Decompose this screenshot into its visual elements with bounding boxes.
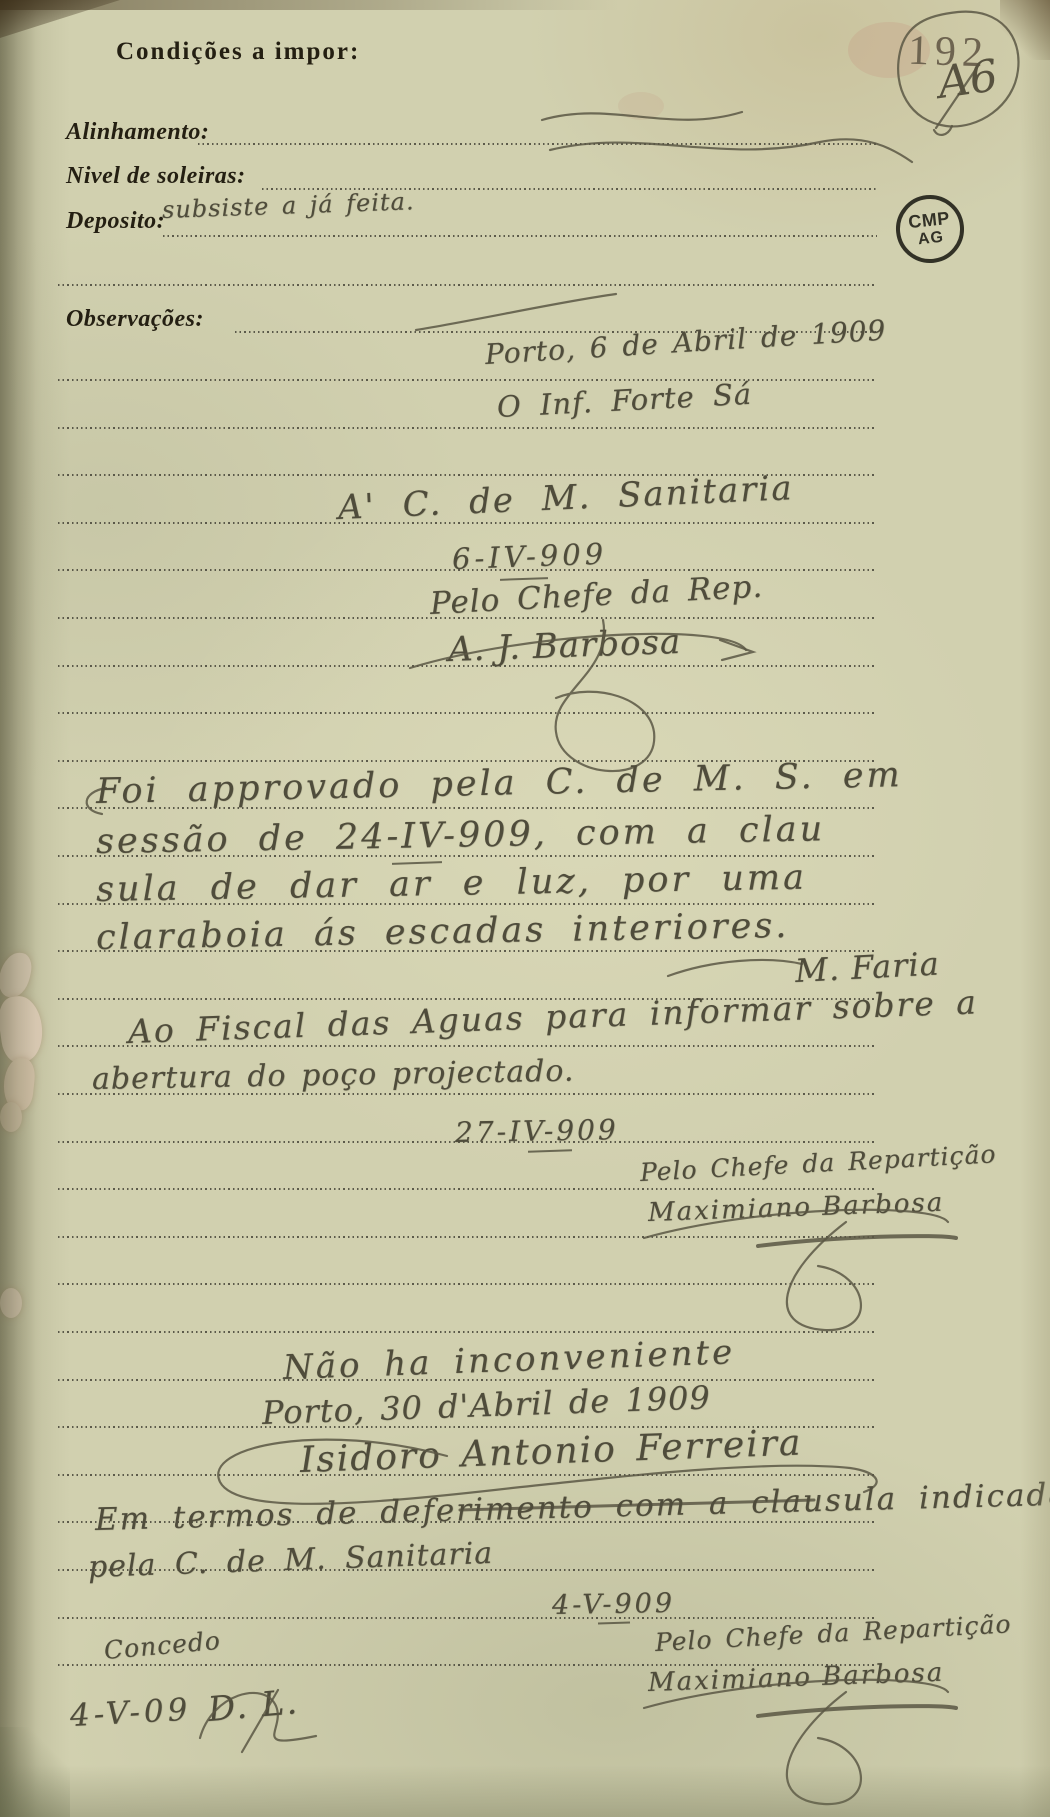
page-corner-shading: [0, 1727, 70, 1817]
paper-damage-spot: [0, 949, 34, 1000]
handwriting-deferral-line1: Em termos de deferimento com a clausula …: [95, 1477, 1050, 1538]
binding-edge-shading: [0, 0, 54, 1817]
dotted-rule: [58, 1617, 877, 1619]
dotted-rule: [58, 427, 877, 429]
stamp-cmp-ag: CMP AG: [893, 192, 968, 267]
scanned-document-page: Condições a impor: Alinhamento: Nivel de…: [0, 0, 1050, 1817]
handwriting-deferral-line2: pela C. de M. Sanitaria: [87, 1536, 493, 1585]
roman-numeral-underline: [598, 1621, 630, 1624]
dotted-rule: [58, 1188, 877, 1190]
handwriting-date-1: 6-IV-909: [451, 537, 607, 576]
stamp-line1: CMP: [907, 209, 950, 231]
signature-faria: M. Faria: [794, 944, 941, 990]
stamp-line2: AG: [917, 230, 945, 249]
paper-damage-spot: [1, 1057, 36, 1112]
pen-dash-icon: [408, 288, 623, 336]
page-edge-shading: [1020, 0, 1050, 1817]
form-title: Condições a impor:: [116, 38, 360, 66]
handwriting-deposito-value: subsiste a já feita.: [162, 187, 415, 224]
field-label-deposito: Deposito:: [66, 208, 165, 235]
pen-lead-stroke-icon: [662, 950, 807, 982]
handwriting-place-date-1: Porto, 6 de Abril de 1909: [484, 313, 887, 370]
handwriting-approval-line1: Foi approvado pela C. de M. S. em: [96, 755, 903, 812]
roman-numeral-underline: [528, 1149, 572, 1153]
dotted-rule: [58, 712, 877, 714]
handwriting-fiscal-line1: Ao Fiscal das Aguas para informar sobre …: [127, 982, 978, 1051]
dotted-rule: [58, 379, 877, 381]
field-label-nivel-de-soleiras: Nivel de soleiras:: [66, 163, 246, 190]
handwriting-official-1: O Inf. Forte Sá: [496, 377, 753, 424]
dotted-rule: [58, 1331, 877, 1333]
paper-damage-spot: [0, 1288, 22, 1318]
signature-rubric-grant: D. L.: [206, 1682, 300, 1730]
field-label-observacoes: Observações:: [66, 306, 204, 333]
signature-1: A. J. Barbosa: [447, 622, 682, 670]
page-edge-shading: [0, 0, 620, 10]
handwriting-date-2: 27-IV-909: [455, 1113, 619, 1149]
handwriting-fiscal-line2: abertura do poço projectado.: [92, 1054, 575, 1097]
handwriting-addressee: A' C. de M. Sanitaria: [337, 468, 794, 528]
folio-rubric-signature: A6: [935, 50, 1001, 109]
dotted-rule: [163, 235, 877, 237]
handwriting-date-4: 4-V-09: [69, 1692, 192, 1734]
page-edge-shading: [0, 1765, 1050, 1817]
dotted-rule: [58, 284, 877, 286]
paper-stain: [618, 92, 664, 120]
paper-damage-spot: [0, 1102, 22, 1132]
paper-damage-spot: [0, 993, 46, 1064]
handwriting-date-3: 4-V-909: [552, 1588, 676, 1621]
dotted-rule: [58, 1236, 877, 1238]
dotted-rule: [198, 143, 877, 145]
signature-maximiano-1: Maximiano Barbosa: [647, 1188, 944, 1228]
field-label-alinhamento: Alinhamento:: [66, 119, 209, 146]
handwriting-concedo: Concedo: [103, 1626, 222, 1665]
handwriting-role-1: Pelo Chefe da Rep.: [429, 569, 764, 622]
signature-isidoro: Isidoro Antonio Ferreira: [299, 1422, 803, 1481]
handwriting-role-2: Pelo Chefe da Repartição: [639, 1139, 997, 1187]
dotted-rule: [58, 1283, 877, 1285]
page-corner-shading: [1000, 0, 1050, 60]
page-corner-shading: [0, 0, 120, 38]
